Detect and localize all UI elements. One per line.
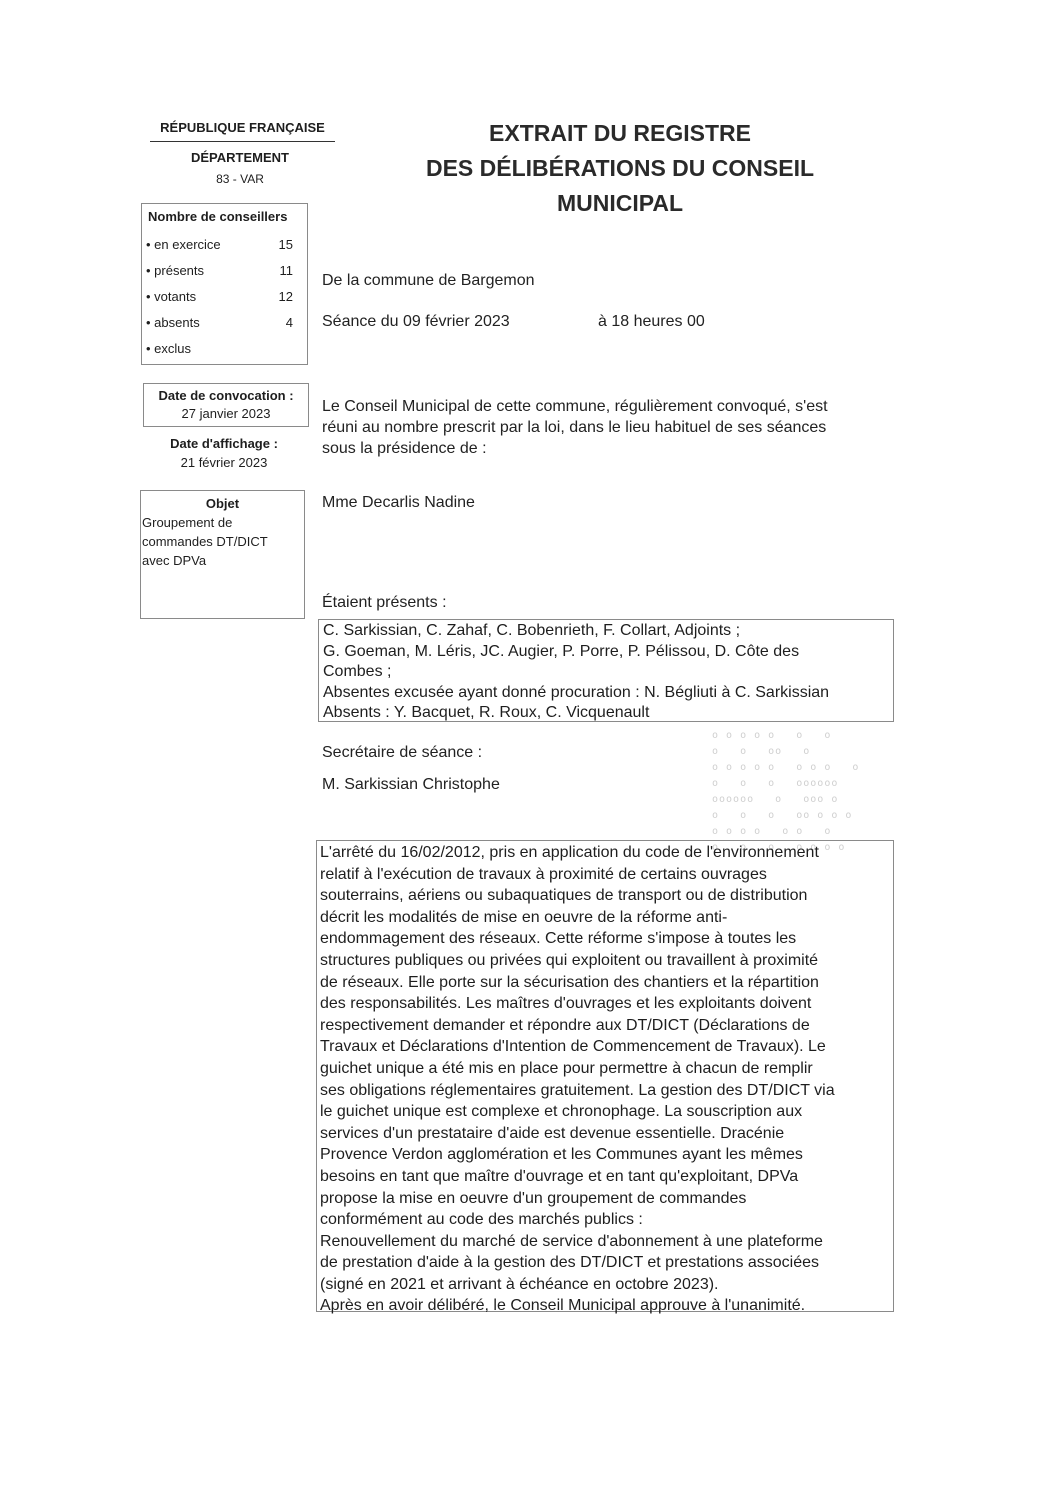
body-line: souterrains, aériens ou subaquatiques de… [320,885,893,907]
body-line: services d'un prestataire d'aide est dev… [320,1123,893,1145]
councillor-row: • votants12 [142,283,307,309]
row-label: • en exercice [146,237,253,252]
body-line: Après en avoir délibéré, le Conseil Muni… [320,1295,893,1317]
title-line: DES DÉLIBÉRATIONS DU CONSEIL [395,151,845,186]
secretary-label: Secrétaire de séance : [322,744,482,762]
councillors-heading: Nombre de conseillers [142,204,307,231]
secretary-name: M. Sarkissian Christophe [322,776,500,794]
councillors-box: Nombre de conseillers • en exercice15 • … [141,203,308,365]
body-line: structures publiques ou privées qui expl… [320,950,893,972]
councillor-row: • absents4 [142,309,307,335]
document-title: EXTRAIT DU REGISTRE DES DÉLIBÉRATIONS DU… [395,116,845,221]
councillor-row: • présents11 [142,257,307,283]
body-line: Provence Verdon agglomération et les Com… [320,1144,893,1166]
seance-date: Séance du 09 février 2023 [322,313,510,331]
republique-francaise: RÉPUBLIQUE FRANÇAISE [150,120,335,142]
convocation-date: 27 janvier 2023 [144,406,308,421]
body-line: (signé en 2021 et arrivant à échéance en… [320,1274,893,1296]
body-line: Renouvellement du marché de service d'ab… [320,1231,893,1253]
attendance-line: Combes ; [323,662,893,683]
body-line: endommagement des réseaux. Cette réforme… [320,928,893,950]
body-line: relatif à l'exécution de travaux à proxi… [320,864,893,886]
seance-time: à 18 heures 00 [598,313,705,331]
convocation-label: Date de convocation : [144,388,308,403]
title-line: EXTRAIT DU REGISTRE [395,116,845,151]
row-label: • exclus [146,341,253,356]
affichage-label: Date d'affichage : [140,436,308,451]
deliberation-text-box: L'arrêté du 16/02/2012, pris en applicat… [316,840,894,1312]
body-line: conformément au code des marchés publics… [320,1209,893,1231]
intro-paragraph: Le Conseil Municipal de cette commune, r… [322,396,902,459]
convocation-box: Date de convocation : 27 janvier 2023 [143,383,309,427]
row-label: • votants [146,289,253,304]
body-line: de réseaux. Elle porte sur la sécurisati… [320,972,893,994]
body-line: décrit les modalités de mise en oeuvre d… [320,907,893,929]
body-line: Travaux et Déclarations d'Intention de C… [320,1036,893,1058]
councillor-row: • exclus [142,335,307,361]
body-line: ses obligations réglementaires gratuitem… [320,1080,893,1102]
attendance-line: Absentes excusée ayant donné procuration… [323,683,893,704]
row-value: 11 [253,263,307,278]
row-value: 12 [253,289,307,304]
row-value: 15 [253,237,307,252]
objet-label: Objet [141,494,304,513]
objet-line: avec DPVa [141,551,304,570]
attendance-box: C. Sarkissian, C. Zahaf, C. Bobenrieth, … [318,619,894,722]
intro-line: sous la présidence de : [322,438,902,459]
councillor-row: • en exercice15 [142,231,307,257]
affichage-date: 21 février 2023 [140,455,308,470]
row-label: • présents [146,263,253,278]
title-line: MUNICIPAL [395,186,845,221]
attendance-line: G. Goeman, M. Léris, JC. Augier, P. Porr… [323,642,893,663]
objet-line: commandes DT/DICT [141,532,304,551]
attendance-label: Étaient présents : [322,594,447,612]
body-line: propose la mise en oeuvre d'un groupemen… [320,1188,893,1210]
department-label: DÉPARTEMENT [140,150,340,165]
intro-line: Le Conseil Municipal de cette commune, r… [322,396,902,417]
row-value: 4 [253,315,307,330]
body-line: le guichet unique est complexe et chrono… [320,1101,893,1123]
body-line: des responsabilités. Les maîtres d'ouvra… [320,993,893,1015]
row-label: • absents [146,315,253,330]
intro-line: réuni au nombre prescrit par la loi, dan… [322,417,902,438]
attendance-line: C. Sarkissian, C. Zahaf, C. Bobenrieth, … [323,621,893,642]
department-number: 83 - VAR [140,172,340,186]
body-line: respectivement demander et répondre aux … [320,1015,893,1037]
affichage-block: Date d'affichage : 21 février 2023 [140,436,308,470]
objet-box: Objet Groupement de commandes DT/DICT av… [140,490,305,619]
objet-line: Groupement de [141,513,304,532]
president-name: Mme Decarlis Nadine [322,494,475,512]
body-line: de prestation d'aide à la gestion des DT… [320,1252,893,1274]
commune-line: De la commune de Bargemon [322,272,535,290]
body-line: L'arrêté du 16/02/2012, pris en applicat… [320,842,893,864]
body-line: besoins en tant que maître d'ouvrage et … [320,1166,893,1188]
body-line: guichet unique a été mis en place pour p… [320,1058,893,1080]
attendance-line: Absents : Y. Bacquet, R. Roux, C. Vicque… [323,703,893,724]
